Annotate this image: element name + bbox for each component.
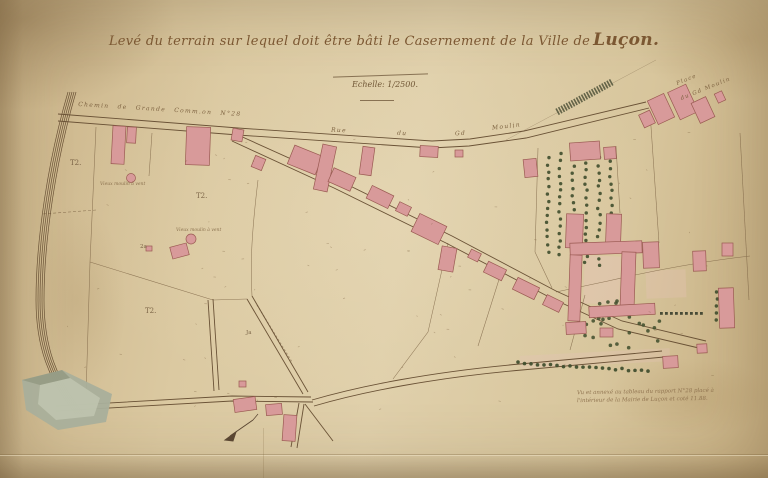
building: [693, 251, 707, 271]
tree-dot: [596, 235, 599, 238]
tree-dot: [558, 202, 561, 205]
tree-dot: [546, 192, 549, 195]
survey-mark: [298, 346, 300, 347]
garden-square: [680, 312, 683, 315]
tree-dot: [646, 329, 650, 333]
survey-mark: [308, 265, 310, 266]
tree-dot: [581, 365, 585, 369]
tree-dot: [557, 245, 560, 248]
vertical-fold-crease: [263, 428, 264, 478]
building: [282, 415, 297, 442]
tree-dot: [547, 156, 550, 159]
tree-dot: [559, 152, 562, 155]
tree-dot: [583, 183, 586, 186]
tree-dot: [599, 213, 602, 216]
building: [620, 252, 636, 308]
tree-dot: [640, 368, 644, 372]
tree-dot: [558, 175, 561, 178]
survey-mark: [225, 286, 227, 287]
tree-dot: [546, 164, 549, 167]
tree-dot: [598, 199, 601, 202]
scale-rule-bottom: [360, 100, 394, 101]
survey-mark: [125, 170, 127, 171]
tree-dot: [586, 255, 589, 258]
survey-mark: [454, 357, 455, 358]
survey-mark: [107, 205, 109, 206]
tree-dot: [715, 318, 718, 321]
tree-dot: [547, 185, 550, 188]
tree-dot: [559, 159, 562, 162]
survey-mark: [681, 333, 683, 334]
garden-square: [690, 312, 693, 315]
tree-dot: [585, 226, 588, 229]
tree-dot: [559, 239, 562, 242]
building: [663, 356, 679, 369]
tree-dot: [557, 210, 560, 213]
tree-dot: [597, 257, 600, 260]
tree-dot: [614, 368, 618, 372]
embankment-mark: [506, 60, 656, 140]
tree-dot: [559, 188, 562, 191]
tree-dot: [627, 331, 631, 335]
building: [127, 127, 137, 143]
tree-dot: [568, 364, 572, 368]
tree-dot: [558, 195, 561, 198]
building: [420, 146, 439, 158]
building: [512, 277, 539, 299]
tree-dot: [598, 222, 601, 225]
tree-dot: [598, 302, 602, 306]
survey-mark: [84, 367, 86, 368]
tree-dot: [547, 200, 550, 203]
scanned-map-sheet: Levé du terrain sur lequel doit être bât…: [0, 0, 768, 478]
tree-dot: [653, 326, 657, 330]
building: [697, 344, 707, 354]
tree-dot: [601, 318, 605, 322]
survey-mark: [202, 268, 204, 269]
horizontal-fold-crease: [0, 454, 768, 455]
tree-dot: [658, 319, 662, 323]
tree-dot: [584, 232, 587, 235]
wash-area: [583, 255, 621, 304]
tree-dot: [585, 203, 588, 206]
buildings-group: [111, 84, 735, 441]
survey-mark: [194, 406, 195, 407]
building: [523, 158, 538, 177]
tree-dot: [615, 299, 619, 303]
tree-dot: [545, 235, 548, 238]
survey-mark: [530, 278, 531, 279]
tree-dot: [599, 322, 603, 326]
tree-dot: [615, 342, 619, 346]
tree-dot: [610, 204, 613, 207]
tree-dot: [545, 221, 548, 224]
survey-mark: [450, 276, 451, 277]
building: [542, 295, 563, 313]
tree-dot: [583, 261, 586, 264]
tree-dot: [549, 363, 553, 367]
tree-dot: [570, 194, 573, 197]
tree-dot: [558, 232, 561, 235]
parcel-label-t2a: T2.: [196, 193, 207, 201]
tree-dot: [656, 339, 660, 343]
building: [366, 185, 394, 208]
survey-mark: [408, 199, 409, 200]
scale-label: Echelle: 1/2500.: [352, 81, 418, 90]
building: [111, 126, 126, 165]
tree-dot: [584, 219, 587, 222]
garden-square: [685, 312, 688, 315]
survey-mark: [417, 316, 418, 317]
map-title: Levé du terrain sur lequel doit être bât…: [109, 31, 659, 50]
survey-mark: [675, 305, 676, 306]
tree-dot: [608, 175, 611, 178]
survey-mark: [379, 409, 381, 410]
survey-mark: [196, 324, 197, 325]
survey-mark: [247, 183, 249, 184]
building: [483, 261, 506, 281]
tree-dot: [598, 264, 601, 267]
tree-dot: [609, 196, 612, 199]
tree-dot: [545, 228, 548, 231]
tree-dot: [584, 168, 587, 171]
tree-dot: [715, 304, 718, 307]
building: [359, 146, 375, 175]
survey-mark: [245, 142, 247, 143]
tree-dot: [609, 344, 613, 348]
parcel-label-t2c: T2.: [145, 308, 156, 316]
garden-square: [695, 312, 698, 315]
tree-dot: [627, 369, 631, 373]
tree-dot: [606, 300, 610, 304]
tree-dot: [591, 319, 595, 323]
tree-dot: [573, 165, 576, 168]
survey-mark: [330, 247, 332, 248]
tree-dot: [584, 161, 587, 164]
building: [233, 397, 257, 413]
street-label-grand: Gd: [455, 131, 467, 138]
tree-dot: [607, 367, 611, 371]
survey-mark: [343, 298, 345, 299]
tree-dot: [598, 228, 601, 231]
tree-dot: [575, 365, 579, 369]
tree-dot: [571, 172, 574, 175]
tree-dot: [523, 362, 527, 366]
tree-dot: [571, 187, 574, 190]
building: [231, 128, 244, 142]
tree-dot: [585, 211, 588, 214]
tree-dot: [633, 369, 637, 373]
tree-dot: [585, 188, 588, 191]
survey-mark: [434, 332, 435, 333]
street-label-du: du: [397, 131, 408, 138]
note-windmill-south: Vieux moulin à vent: [176, 229, 221, 234]
tree-dot: [546, 207, 549, 210]
tree-dot: [572, 201, 575, 204]
survey-mark: [336, 270, 338, 271]
building: [239, 381, 246, 387]
wash-area: [646, 269, 687, 298]
survey-mark: [306, 212, 308, 213]
garden-square: [665, 312, 668, 315]
tree-dot: [596, 207, 599, 210]
building: [691, 97, 715, 124]
left-curving-lane: [36, 92, 84, 414]
north-arrow: [225, 414, 258, 441]
survey-mark: [120, 354, 122, 355]
parcel-label-t2b: T2.: [70, 160, 81, 168]
garden-square: [675, 312, 678, 315]
building: [170, 243, 190, 259]
building: [589, 303, 655, 317]
tree-dot: [715, 311, 718, 314]
building: [600, 328, 613, 337]
tree-dot: [588, 365, 592, 369]
survey-mark: [97, 288, 99, 289]
survey-mark: [224, 158, 225, 159]
tree-dot: [546, 243, 549, 246]
building: [643, 242, 660, 269]
tree-dot: [559, 224, 562, 227]
survey-mark: [498, 401, 500, 402]
survey-mark: [440, 314, 442, 315]
tree-dot: [598, 192, 601, 195]
survey-mark: [227, 393, 229, 394]
tree-dot: [609, 183, 612, 186]
tree-dot: [547, 171, 550, 174]
tree-dot: [584, 196, 587, 199]
map-title-city: Luçon.: [593, 30, 659, 50]
tree-dot: [547, 251, 550, 254]
tree-dot: [516, 360, 520, 364]
tree-dot: [641, 323, 645, 327]
tree-dot: [562, 365, 566, 369]
building: [718, 288, 734, 328]
survey-mark: [502, 309, 504, 310]
tree-dot: [597, 184, 600, 187]
tree-dot: [610, 189, 613, 192]
survey-mark: [433, 171, 435, 172]
survey-mark: [630, 198, 631, 199]
paper-damage-patch: [22, 370, 112, 430]
tree-dot: [596, 164, 599, 167]
survey-mark: [646, 169, 647, 170]
tree-dot: [559, 217, 562, 220]
tree-dot: [597, 171, 600, 174]
windmill-base: [186, 234, 196, 244]
street-label-rue: Rue: [331, 128, 347, 135]
parcel-label-2a: 2a: [140, 244, 147, 250]
building: [722, 243, 733, 256]
tree-dot: [583, 334, 587, 338]
tree-dot: [584, 239, 587, 242]
survey-mark: [205, 358, 206, 359]
tree-dot: [609, 167, 612, 170]
garden-square: [670, 312, 673, 315]
building: [569, 141, 600, 161]
garden-square: [660, 312, 663, 315]
tree-dot: [609, 160, 612, 163]
tree-dot: [637, 322, 641, 326]
survey-mark: [353, 139, 355, 140]
survey-mark: [215, 155, 217, 156]
tree-dot: [546, 214, 549, 217]
tree-dot: [571, 179, 574, 182]
parcel-label-ja: Ja: [246, 330, 251, 336]
tree-dot: [591, 336, 595, 340]
tree-dot: [594, 366, 598, 370]
building: [566, 321, 587, 334]
map-drawing: [0, 0, 768, 478]
building: [438, 246, 457, 272]
tree-dot: [620, 367, 624, 371]
tree-dot: [559, 182, 562, 185]
survey-mark: [364, 250, 366, 251]
tree-dot: [558, 167, 561, 170]
tree-dot: [601, 366, 605, 370]
building: [395, 202, 411, 217]
survey-mark: [689, 232, 690, 233]
note-windmill-north: Vieux moulin à vent: [100, 183, 145, 188]
building: [185, 127, 210, 166]
tree-dot: [646, 369, 650, 373]
tree-dot: [583, 176, 586, 179]
tree-dot: [542, 363, 546, 367]
tree-dot: [627, 346, 631, 350]
tree-dot: [573, 208, 576, 211]
tree-dot: [536, 363, 540, 367]
building: [714, 91, 725, 103]
building: [328, 168, 356, 191]
tree-dot: [715, 290, 718, 293]
building: [266, 403, 283, 415]
tree-dot: [557, 253, 560, 256]
tree-dot: [598, 179, 601, 182]
tree-dot: [546, 177, 549, 180]
building: [568, 255, 582, 321]
garden-square: [700, 312, 703, 315]
survey-mark: [183, 360, 185, 361]
building: [251, 155, 266, 170]
map-title-text: Levé du terrain sur lequel doit être bât…: [109, 34, 590, 49]
survey-mark: [257, 400, 258, 401]
survey-mark: [565, 287, 567, 288]
tree-dot: [529, 362, 533, 366]
tree-dot: [555, 364, 559, 368]
building: [455, 150, 463, 157]
building: [604, 147, 617, 160]
